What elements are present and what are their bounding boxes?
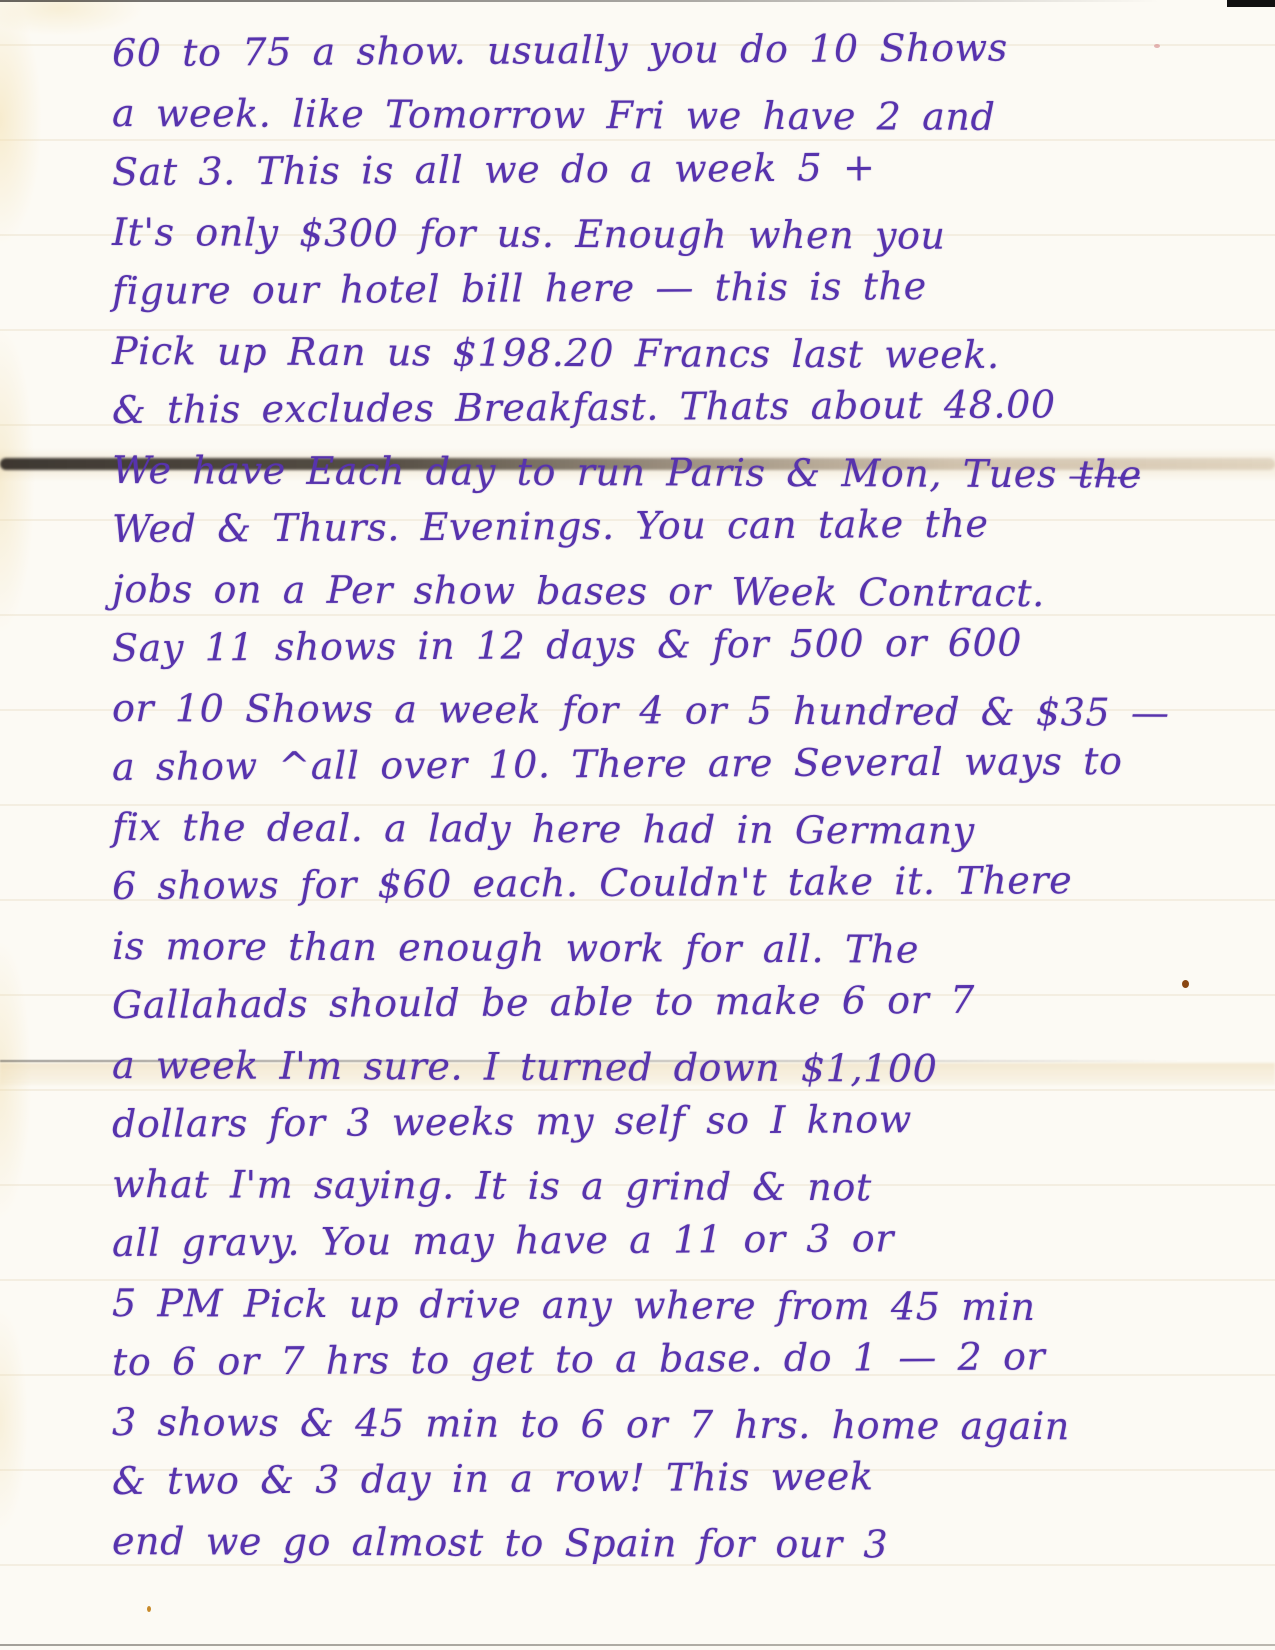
handwritten-line-1: 60 to 75 a show. usually you do 10 Shows	[112, 17, 1232, 83]
handwritten-line-15: 6 shows for $60 each. Couldn't take it. …	[112, 850, 1232, 916]
scan-bottom-edge-artifact	[0, 1644, 1275, 1646]
handwritten-line-25: & two & 3 day in a row! This week	[112, 1445, 1232, 1511]
scan-top-edge-artifact	[0, 0, 1160, 2]
handwritten-line-3: Sat 3. This is all we do a week 5 +	[112, 136, 1232, 202]
handwritten-line-9: Wed & Thurs. Evenings. You can take the	[112, 493, 1232, 559]
handwritten-line-5: figure our hotel bill here — this is the	[112, 255, 1232, 321]
handwritten-line-11: Say 11 shows in 12 days & for 500 or 600	[112, 612, 1232, 678]
scan-corner-black-mark	[1227, 0, 1275, 7]
paper-speck	[147, 1606, 151, 1612]
handwritten-line-17: Gallahads should be able to make 6 or 7	[112, 969, 1232, 1035]
handwritten-line-21: all gravy. You may have a 11 or 3 or	[112, 1207, 1232, 1273]
letter-body: 60 to 75 a show. usually you do 10 Shows…	[112, 24, 1232, 1571]
handwritten-line-19: dollars for 3 weeks my self so I know	[112, 1088, 1232, 1154]
handwritten-line-26: end we go almost to Spain for our 3	[112, 1512, 1232, 1576]
handwritten-line-13: a show ^all over 10. There are Several w…	[112, 731, 1232, 797]
handwritten-line-23: to 6 or 7 hrs to get to a base. do 1 — 2…	[112, 1326, 1232, 1392]
handwritten-line-7: & this excludes Breakfast. Thats about 4…	[112, 374, 1232, 440]
letter-page: 60 to 75 a show. usually you do 10 Shows…	[0, 0, 1275, 1650]
